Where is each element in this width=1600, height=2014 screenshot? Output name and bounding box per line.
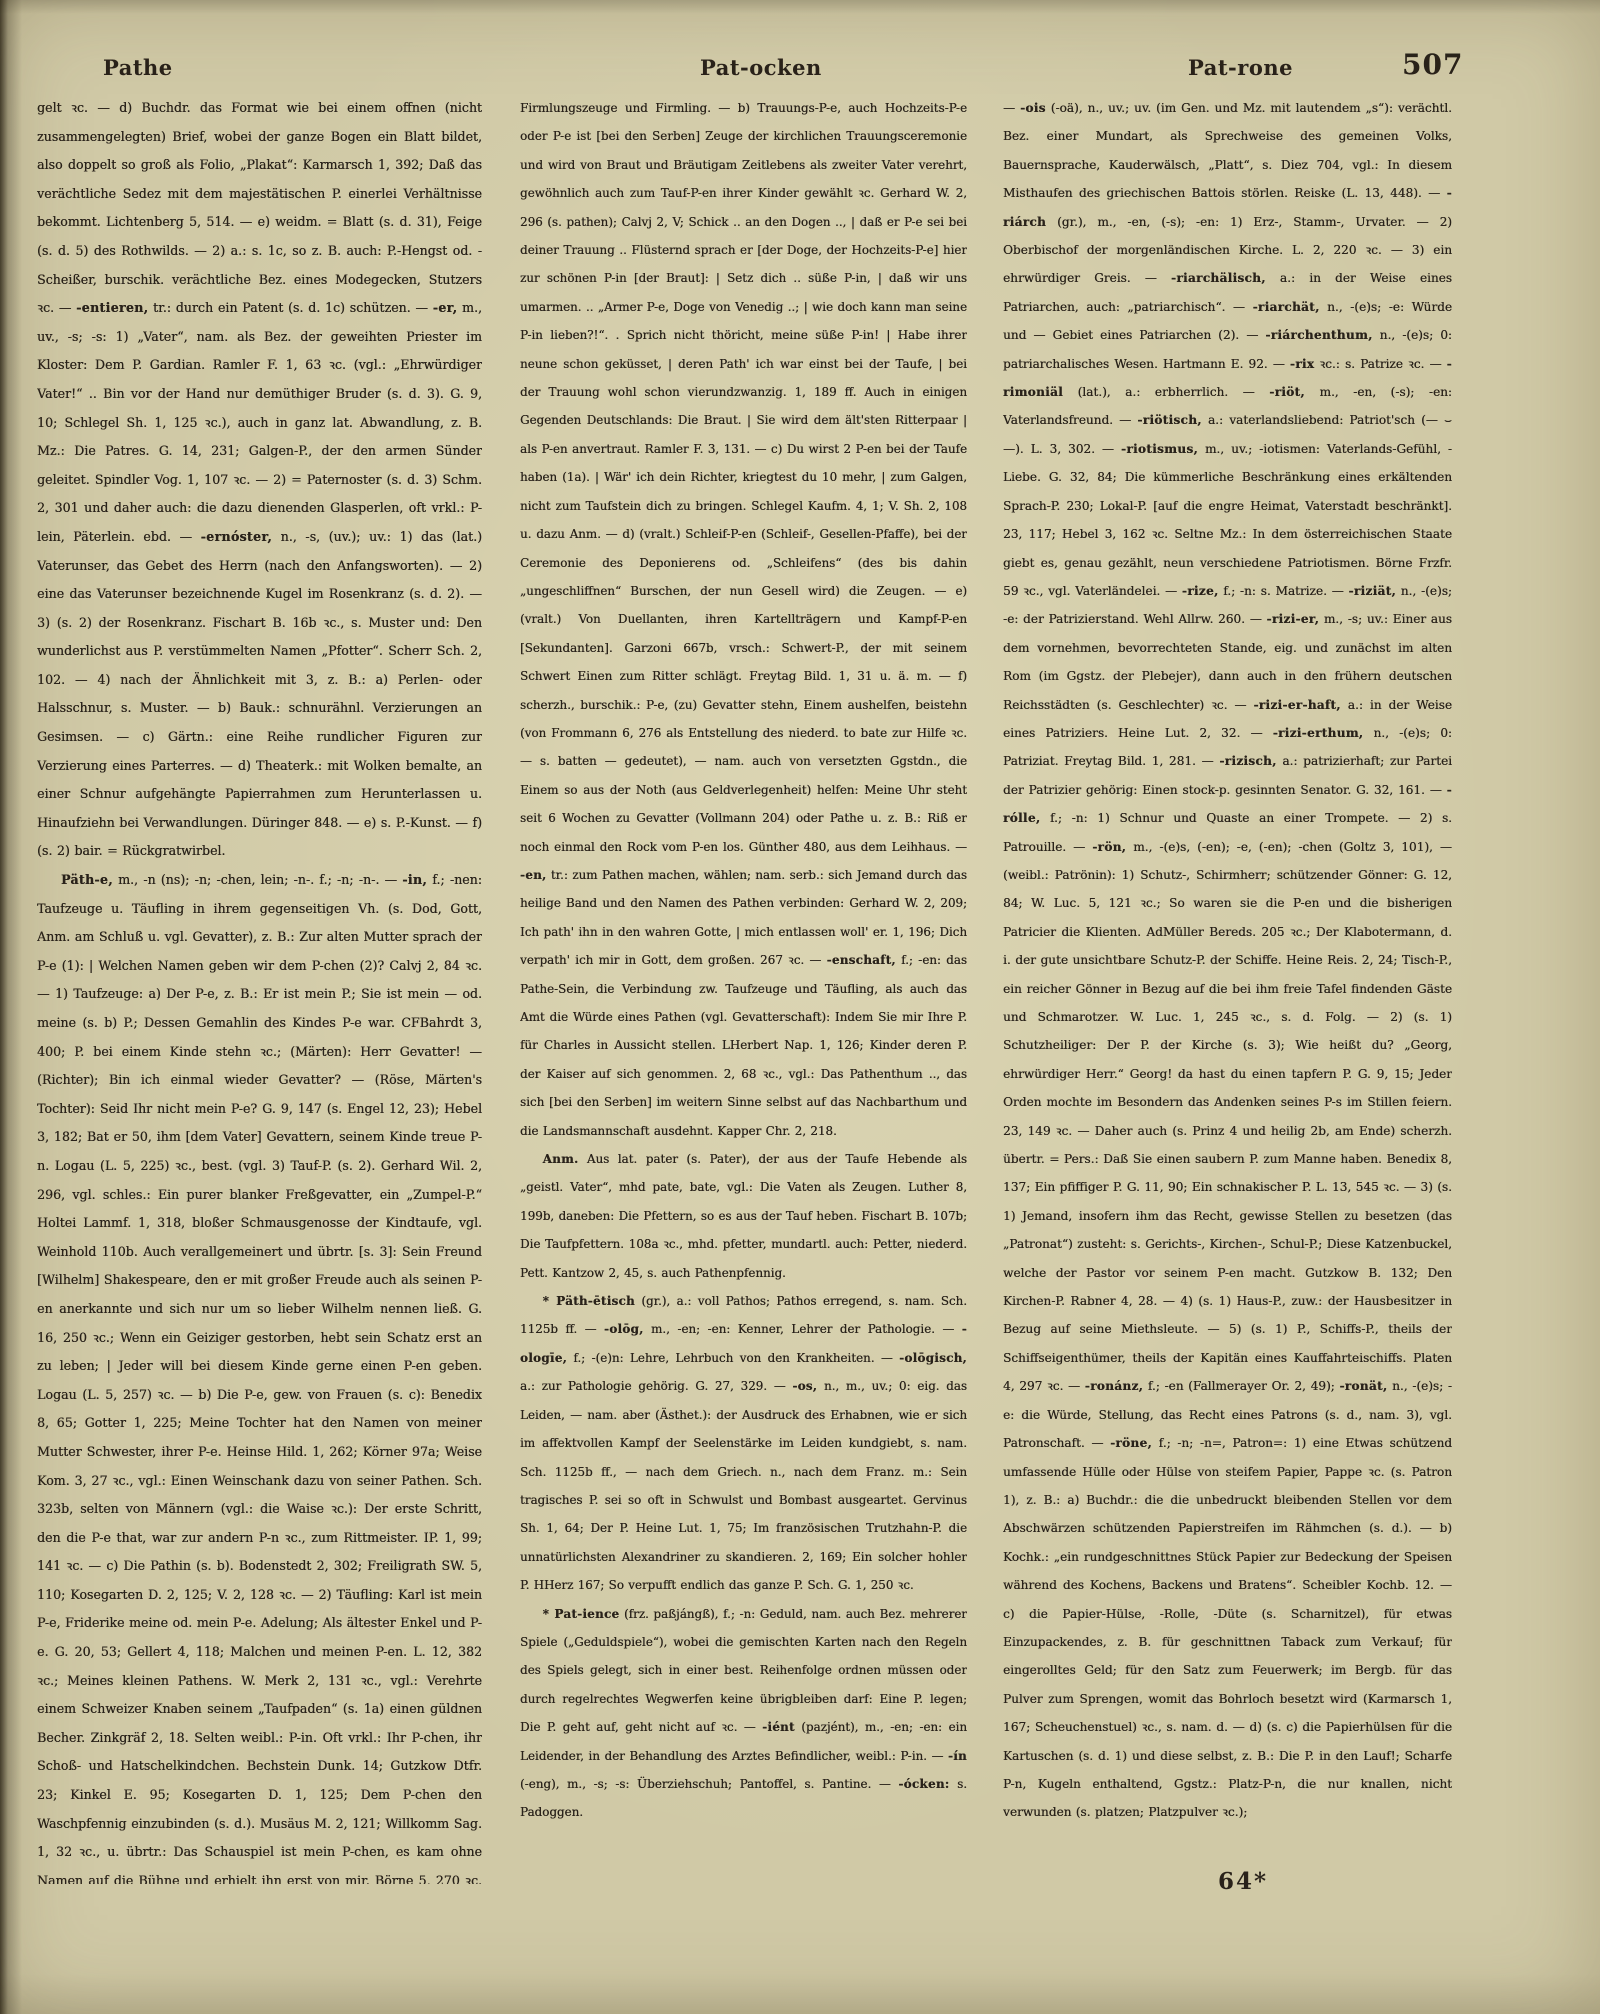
- entry-headword: * Pat-ience: [543, 1607, 620, 1621]
- entry-headword: -iént: [762, 1720, 795, 1734]
- entry-headword: -ernóster,: [201, 529, 272, 544]
- entry-headword: -rön,: [1092, 840, 1126, 854]
- running-head-center: Pat-ocken: [700, 55, 822, 85]
- text-column-3: — -ois (-oä), n., uv.; uv. (im Gen. und …: [1003, 94, 1452, 1884]
- entry-text: m., uv.; -iotismen: Vaterlands-Gefühl, -…: [1003, 442, 1452, 598]
- entry-text: n., m., uv.; 0: eig. das Leiden, — nam. …: [520, 1379, 967, 1592]
- entry-text: f.; -n: s. Matrize. —: [1218, 584, 1348, 598]
- entry-text: Aus lat. pater (s. Pater), der aus der T…: [520, 1152, 967, 1280]
- entry-text: f.; -nen: Taufzeuge u. Täufling in ihrem…: [37, 872, 482, 1884]
- entry-text: f.; -en: das Pathe-Sein, die Verbindung …: [520, 953, 967, 1137]
- dictionary-paragraph: * Pat-ience (frz. paßjángß), f.; -n: Ged…: [520, 1600, 967, 1827]
- entry-text: m., -(e)s, (-en); -e, (-en); -chen (Golt…: [1003, 840, 1452, 1394]
- entry-text: (frz. paßjángß), f.; -n: Geduld, nam. au…: [520, 1607, 967, 1735]
- entry-headword: -rizi-er,: [1267, 612, 1320, 626]
- entry-headword: -entieren,: [76, 300, 148, 315]
- entry-headword: -olōg,: [604, 1322, 644, 1336]
- entry-headword: -in,: [402, 872, 427, 887]
- dictionary-paragraph: * Päth-ētisch (gr.), a.: voll Pathos; Pa…: [520, 1287, 967, 1599]
- entry-text: f.; -n; -n=, Patron=: 1) eine Etwas schü…: [1003, 1436, 1452, 1819]
- entry-headword: -riötisch,: [1137, 413, 1201, 427]
- signature-mark: 64*: [1203, 1868, 1283, 1895]
- entry-text: n., -s, (uv.); uv.: 1) das (lat.) Vateru…: [37, 529, 482, 859]
- entry-text: (lat.), a.: erbherrlich. —: [1063, 385, 1269, 399]
- entry-headword: -rizi-erthum,: [1273, 726, 1364, 740]
- running-head-right: Pat-rone: [1188, 55, 1293, 85]
- entry-text: gelt ꝛc. — d) Buchdr. das Format wie bei…: [37, 100, 482, 315]
- entry-headword: -riziät,: [1349, 584, 1396, 598]
- dictionary-paragraph: gelt ꝛc. — d) Buchdr. das Format wie bei…: [37, 94, 482, 866]
- entry-text: m., -en; -en: Kenner, Lehrer der Patholo…: [644, 1322, 962, 1336]
- entry-headword: Päth-e,: [61, 872, 113, 887]
- entry-headword: -ronánz,: [1085, 1379, 1143, 1393]
- text-column-2: Firmlungszeuge und Firmling. — b) Trauun…: [520, 94, 967, 1884]
- entry-headword: -ronät,: [1339, 1379, 1387, 1393]
- entry-headword: -os,: [792, 1379, 817, 1393]
- entry-headword: -enschaft,: [827, 953, 896, 967]
- entry-text: f.; -(e)n: Lehre, Lehrbuch von den Krank…: [567, 1351, 899, 1365]
- entry-headword: -riarchät,: [1253, 300, 1320, 314]
- dictionary-paragraph: Päth-e, m., -n (ns); -n; -chen, lein; -n…: [37, 866, 482, 1884]
- entry-headword: -ócken:: [898, 1777, 949, 1791]
- dictionary-page: Pathe Pat-ocken Pat-rone 507 gelt ꝛc. — …: [0, 0, 1600, 2014]
- entry-headword: -röne,: [1110, 1436, 1152, 1450]
- entry-text: m., -n (ns); -n; -chen, lein; -n-. f.; -…: [113, 872, 402, 887]
- entry-headword: -riöt,: [1269, 385, 1305, 399]
- entry-text: ꝛc.: s. Patrize ꝛc. —: [1314, 357, 1446, 371]
- dictionary-paragraph: Firmlungszeuge und Firmling. — b) Trauun…: [520, 94, 967, 1145]
- entry-headword: -riotismus,: [1121, 442, 1198, 456]
- entry-headword: -ois: [1020, 101, 1046, 115]
- entry-text: m., uv., -s; -s: 1) „Vater“, nam. als Be…: [37, 300, 482, 544]
- entry-headword: * Päth-ētisch: [543, 1294, 635, 1308]
- entry-headword: -er,: [433, 300, 458, 315]
- entry-text: a.: zur Pathologie gehörig. G. 27, 329. …: [520, 1379, 792, 1393]
- entry-headword: -olōgisch,: [899, 1351, 967, 1365]
- entry-headword: -rize,: [1182, 584, 1219, 598]
- dictionary-paragraph: Anm. Aus lat. pater (s. Pater), der aus …: [520, 1145, 967, 1287]
- running-head-left: Pathe: [103, 55, 173, 85]
- entry-headword: -en,: [520, 868, 547, 882]
- entry-headword: -rix: [1290, 357, 1314, 371]
- dictionary-paragraph: — -ois (-oä), n., uv.; uv. (im Gen. und …: [1003, 94, 1452, 1827]
- entry-headword: -rizi-er-haft,: [1253, 698, 1340, 712]
- entry-headword: -riárchenthum,: [1265, 328, 1372, 342]
- entry-text: tr.: durch ein Patent (s. d. 1c) schütze…: [148, 300, 432, 315]
- entry-text: —: [1003, 101, 1020, 115]
- entry-headword: -ín: [948, 1749, 967, 1763]
- entry-headword: -riarchälisch,: [1171, 271, 1266, 285]
- entry-headword: Anm.: [543, 1152, 579, 1166]
- entry-headword: -rizisch,: [1219, 754, 1276, 768]
- entry-text: Firmlungszeuge und Firmling. — b) Trauun…: [520, 101, 967, 854]
- page-number: 507: [1402, 48, 1463, 81]
- entry-text: (-eng), m., -s; -s: Überziehschuh; Panto…: [520, 1777, 898, 1791]
- entry-text: f.; -en (Fallmerayer Or. 2, 49);: [1143, 1379, 1339, 1393]
- text-column-1: gelt ꝛc. — d) Buchdr. das Format wie bei…: [37, 94, 482, 1884]
- entry-text: (-oä), n., uv.; uv. (im Gen. und Mz. mit…: [1003, 101, 1452, 200]
